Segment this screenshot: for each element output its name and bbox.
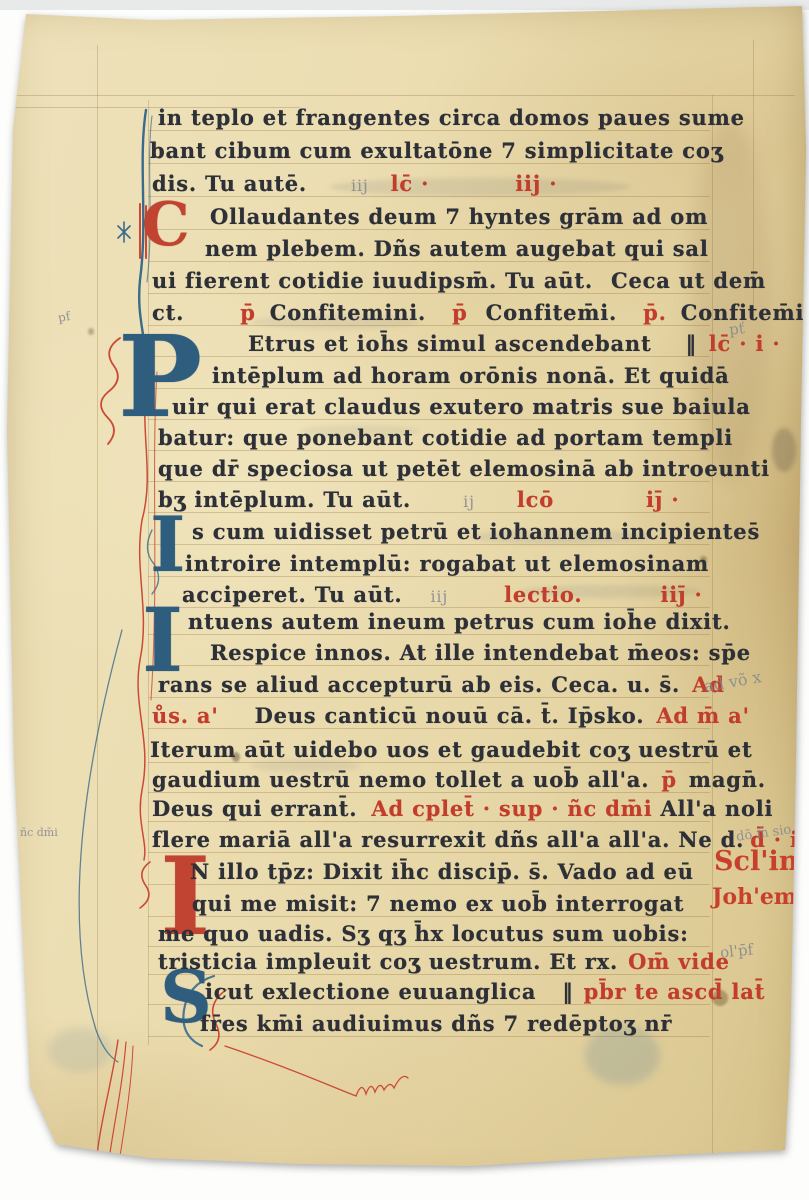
rubric-margin-note: Joh'em · [712,884,809,910]
margin-note: dõ m̃ sio [735,822,792,845]
margin-note: ol'p̄f [719,940,754,961]
manuscript-leaf: CPIIIS in teplo et frangentes circa domo… [0,0,809,1200]
margin-note: ñc dm̄i [20,826,58,839]
scanned-manuscript-page: CPIIIS in teplo et frangentes circa domo… [0,0,809,1200]
margin-note: pf [57,309,71,325]
margin-note: ad võ x [703,667,763,696]
marginalia: pťad võ xdõ m̃ sioScl'inJoh'em ·ol'p̄fpf… [0,0,809,1200]
leaf-shadow-wrap: CPIIIS in teplo et frangentes circa domo… [0,0,809,1200]
margin-note: pť [728,319,745,339]
rubric-margin-note: Scl'in [714,846,798,877]
